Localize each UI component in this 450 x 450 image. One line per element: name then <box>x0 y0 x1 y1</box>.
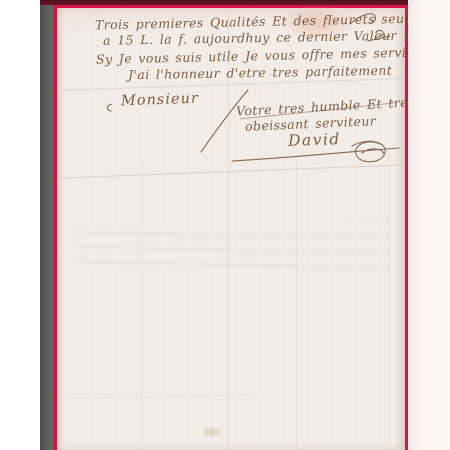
left-dark-strip <box>40 0 53 450</box>
right-white-margin <box>408 0 450 450</box>
top-dark-edge <box>40 0 408 5</box>
paper-stain-bottom <box>200 425 222 439</box>
letter-salutation: Monsieur <box>121 91 199 110</box>
fold-crease-vertical-right <box>296 160 298 450</box>
left-white-margin <box>0 0 40 450</box>
signature-name: David <box>288 130 341 150</box>
verso-ink-show-through <box>75 222 390 270</box>
fold-crease-vertical-far-right <box>388 150 390 450</box>
fold-crease-vertical-left <box>141 160 143 450</box>
letter-photo: Trois premieres Qualités Et des fleurets… <box>0 0 450 450</box>
